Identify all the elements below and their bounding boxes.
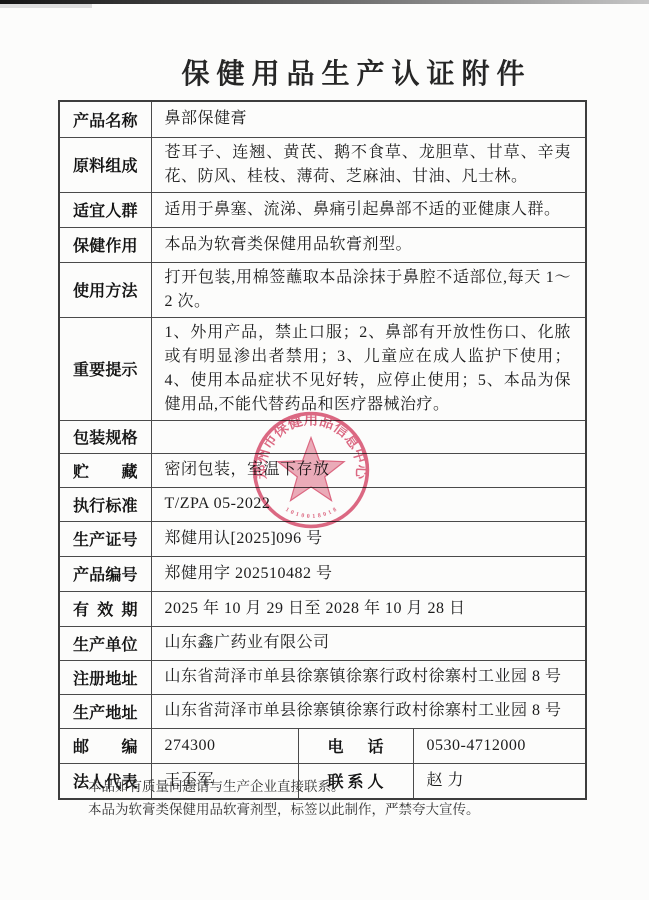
row-value: 适用于鼻塞、流涕、鼻痛引起鼻部不适的亚健康人群。 [151, 192, 586, 227]
row-value: 274300 [151, 728, 298, 763]
row-value: 苍耳子、连翘、黄芪、鹅不食草、龙胆草、甘草、辛夷花、防风、桂枝、薄荷、芝麻油、甘… [151, 137, 586, 192]
row-value: 鼻部保健膏 [151, 101, 586, 137]
star-icon [278, 438, 344, 501]
table-row: 使用方法 打开包装,用棉签蘸取本品涂抹于鼻腔不适部位,每天 1～2 次。 [59, 262, 586, 317]
row-label: 注册地址 [59, 660, 151, 694]
row-label: 产品编号 [59, 556, 151, 591]
table-row: 生产地址 山东省菏泽市单县徐寨镇徐寨行政村徐寨村工业园 8 号 [59, 694, 586, 728]
row-value: 打开包装,用棉签蘸取本品涂抹于鼻腔不适部位,每天 1～2 次。 [151, 262, 586, 317]
row-value: 山东省菏泽市单县徐寨镇徐寨行政村徐寨村工业园 8 号 [151, 660, 586, 694]
seal-graphic: 郑州市保健用品信息中心 410100180180 [251, 410, 371, 530]
row-label: 生产地址 [59, 694, 151, 728]
row-value: 2025 年 10 月 29 日至 2028 年 10 月 28 日 [151, 591, 586, 626]
row-label: 执行标准 [59, 487, 151, 521]
table-row: 产品编号 郑健用字 202510482 号 [59, 556, 586, 591]
row-label: 产品名称 [59, 101, 151, 137]
document-page: 保健用品生产认证附件 产品名称 鼻部保健膏 原料组成 苍耳子、连翘、黄芪、鹅不食… [0, 0, 649, 900]
row-label: 包装规格 [59, 420, 151, 453]
table-row: 产品名称 鼻部保健膏 [59, 101, 586, 137]
row-label: 生产证号 [59, 521, 151, 556]
scan-artifact [0, 0, 649, 4]
page-title: 保健用品生产认证附件 [32, 52, 649, 92]
row-label: 使用方法 [59, 262, 151, 317]
table-row: 原料组成 苍耳子、连翘、黄芪、鹅不食草、龙胆草、甘草、辛夷花、防风、桂枝、薄荷、… [59, 137, 586, 192]
footer-note: 本品为软膏类保健用品软膏剂型，标签以此制作，严禁夸大宣传。 [88, 803, 608, 817]
row-label: 电话 [298, 728, 413, 763]
row-label: 保健作用 [59, 227, 151, 262]
table-row: 适宜人群 适用于鼻塞、流涕、鼻痛引起鼻部不适的亚健康人群。 [59, 192, 586, 227]
row-label: 生产单位 [59, 626, 151, 660]
row-label: 有效期 [59, 591, 151, 626]
official-seal: 郑州市保健用品信息中心 410100180180 [251, 410, 371, 530]
row-label: 邮编 [59, 728, 151, 763]
row-value: 0530-4712000 [413, 728, 586, 763]
row-value: 1、外用产品，禁止口服；2、鼻部有开放性伤口、化脓或有明显渗出者禁用；3、儿童应… [151, 317, 586, 420]
table-row: 邮编 274300 电话 0530-4712000 [59, 728, 586, 763]
row-label: 适宜人群 [59, 192, 151, 227]
table-row: 保健作用 本品为软膏类保健用品软膏剂型。 [59, 227, 586, 262]
row-value: 本品为软膏类保健用品软膏剂型。 [151, 227, 586, 262]
row-value: 山东鑫广药业有限公司 [151, 626, 586, 660]
scan-artifact [0, 4, 92, 8]
row-label: 重要提示 [59, 317, 151, 420]
row-label: 贮藏 [59, 453, 151, 487]
footer-notes: 本品如有质量问题请与生产企业直接联系。 本品为软膏类保健用品软膏剂型，标签以此制… [88, 780, 608, 826]
table-row: 有效期 2025 年 10 月 29 日至 2028 年 10 月 28 日 [59, 591, 586, 626]
table-row: 生产单位 山东鑫广药业有限公司 [59, 626, 586, 660]
row-value: 山东省菏泽市单县徐寨镇徐寨行政村徐寨村工业园 8 号 [151, 694, 586, 728]
table-row: 重要提示 1、外用产品，禁止口服；2、鼻部有开放性伤口、化脓或有明显渗出者禁用；… [59, 317, 586, 420]
table-row: 注册地址 山东省菏泽市单县徐寨镇徐寨行政村徐寨村工业园 8 号 [59, 660, 586, 694]
row-value: 郑健用字 202510482 号 [151, 556, 586, 591]
row-label: 原料组成 [59, 137, 151, 192]
footer-note: 本品如有质量问题请与生产企业直接联系。 [88, 780, 608, 794]
